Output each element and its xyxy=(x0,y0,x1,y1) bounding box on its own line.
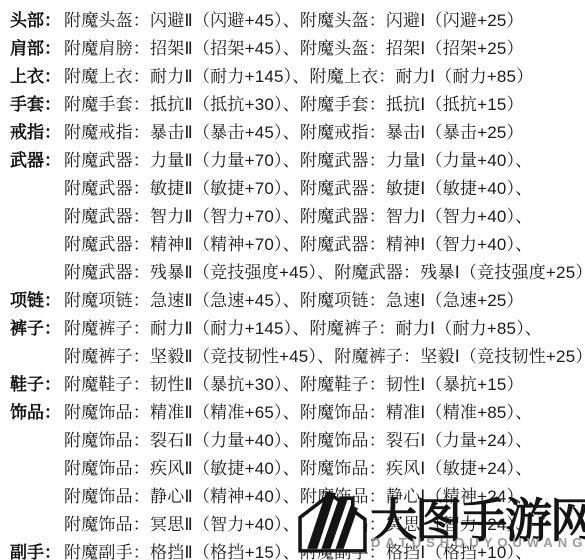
enchant-text: 附魔上衣：耐力Ⅱ（耐力+145）、附魔上衣：耐力Ⅰ（耐力+85） xyxy=(64,63,533,91)
slot-label xyxy=(10,343,64,371)
slot-label: 饰品： xyxy=(10,399,64,427)
list-row: 肩部：附魔肩膀：招架Ⅱ（招架+45）、附魔头盔：招架Ⅰ（招架+25） xyxy=(10,35,585,63)
enchant-text: 附魔武器：敏捷Ⅱ（敏捷+70）、附魔武器：敏捷Ⅰ（敏捷+40）、 xyxy=(64,175,532,203)
slot-label xyxy=(10,427,64,455)
enchant-text: 附魔武器：力量Ⅱ（力量+70）、附魔武器：力量Ⅰ（力量+40）、 xyxy=(64,147,532,175)
list-row: 附魔饰品：裂石Ⅱ（力量+40）、附魔饰品：裂石Ⅰ（力量+24）、 xyxy=(10,427,585,455)
slot-label xyxy=(10,175,64,203)
slot-label xyxy=(10,231,64,259)
enchant-text: 附魔戒指：暴击Ⅱ（暴击+45）、附魔戒指：暴击Ⅰ（暴击+25） xyxy=(64,119,524,147)
list-row: 附魔武器：智力Ⅱ（智力+70）、附魔武器：智力Ⅰ（智力+40）、 xyxy=(10,203,585,231)
enchant-text: 附魔项链：急速Ⅱ（急速+45）、附魔项链：急速Ⅰ（急速+25） xyxy=(64,287,524,315)
list-row: 项链：附魔项链：急速Ⅱ（急速+45）、附魔项链：急速Ⅰ（急速+25） xyxy=(10,287,585,315)
enchant-text: 附魔肩膀：招架Ⅱ（招架+45）、附魔头盔：招架Ⅰ（招架+25） xyxy=(64,35,524,63)
list-row: 附魔饰品：静心Ⅱ（精神+40）、附魔饰品：静心Ⅰ（精神+24）、 xyxy=(10,483,585,511)
enchant-text: 附魔武器：智力Ⅱ（智力+70）、附魔武器：智力Ⅰ（智力+40）、 xyxy=(64,203,532,231)
list-row: 鞋子：附魔鞋子：韧性Ⅱ（暴抗+30）、附魔鞋子：韧性Ⅰ（暴抗+15） xyxy=(10,371,585,399)
slot-label: 副手： xyxy=(10,539,64,560)
list-row: 戒指：附魔戒指：暴击Ⅱ（暴击+45）、附魔戒指：暴击Ⅰ（暴击+25） xyxy=(10,119,585,147)
list-row: 附魔饰品：疾风Ⅱ（敏捷+40）、附魔饰品：疾风Ⅰ（敏捷+24）、 xyxy=(10,455,585,483)
slot-label: 武器： xyxy=(10,147,64,175)
list-row: 饰品：附魔饰品：精准Ⅱ（精准+65）、附魔饰品：精准Ⅰ（精准+85）、 xyxy=(10,399,585,427)
enchant-text: 附魔饰品：冥思Ⅱ（智力+40）、附魔饰品：冥思Ⅰ（智力+24）、 xyxy=(64,511,532,539)
enchant-text: 附魔饰品：精准Ⅱ（精准+65）、附魔饰品：精准Ⅰ（精准+85）、 xyxy=(64,399,532,427)
enchant-text: 附魔武器：精神Ⅱ（精神+70）、附魔武器：精神Ⅰ（智力+40）、 xyxy=(64,231,532,259)
list-row: 裤子：附魔裤子：耐力Ⅱ（耐力+145）、附魔裤子：耐力Ⅰ（耐力+85）、 xyxy=(10,315,585,343)
slot-label xyxy=(10,455,64,483)
enchant-text: 附魔头盔：闪避Ⅱ（闪避+45）、附魔头盔：闪避Ⅰ（闪避+25） xyxy=(64,7,524,35)
list-row: 副手：附魔副手：格挡Ⅱ（格挡+15）、附魔副手：格挡Ⅰ（格挡+10）、 xyxy=(10,539,585,560)
enchant-text: 附魔饰品：静心Ⅱ（精神+40）、附魔饰品：静心Ⅰ（精神+24）、 xyxy=(64,483,532,511)
slot-label: 手套： xyxy=(10,91,64,119)
list-row: 附魔武器：残暴Ⅱ（竞技强度+45）、附魔武器：残暴Ⅰ（竞技强度+25） xyxy=(10,259,585,287)
list-row: 上衣：附魔上衣：耐力Ⅱ（耐力+145）、附魔上衣：耐力Ⅰ（耐力+85） xyxy=(10,63,585,91)
list-row: 附魔武器：精神Ⅱ（精神+70）、附魔武器：精神Ⅰ（智力+40）、 xyxy=(10,231,585,259)
slot-label xyxy=(10,483,64,511)
enchant-text: 附魔手套：抵抗Ⅱ（抵抗+30）、附魔手套：抵抗Ⅰ（抵抗+15） xyxy=(64,91,524,119)
enchant-text: 附魔裤子：耐力Ⅱ（耐力+145）、附魔裤子：耐力Ⅰ（耐力+85）、 xyxy=(64,315,542,343)
slot-label xyxy=(10,259,64,287)
slot-label: 头部： xyxy=(10,7,64,35)
slot-label xyxy=(10,203,64,231)
list-row: 手套：附魔手套：抵抗Ⅱ（抵抗+30）、附魔手套：抵抗Ⅰ（抵抗+15） xyxy=(10,91,585,119)
slot-label: 裤子： xyxy=(10,315,64,343)
list-row: 头部：附魔头盔：闪避Ⅱ（闪避+45）、附魔头盔：闪避Ⅰ（闪避+25） xyxy=(10,7,585,35)
enchant-list: 头部：附魔头盔：闪避Ⅱ（闪避+45）、附魔头盔：闪避Ⅰ（闪避+25）肩部：附魔肩… xyxy=(0,0,585,560)
enchant-text: 附魔裤子：坚毅Ⅱ（竞技韧性+45）、附魔裤子：坚毅Ⅰ（竞技韧性+25） xyxy=(64,343,585,371)
slot-label: 戒指： xyxy=(10,119,64,147)
document-page: 头部：附魔头盔：闪避Ⅱ（闪避+45）、附魔头盔：闪避Ⅰ（闪避+25）肩部：附魔肩… xyxy=(0,0,585,560)
enchant-text: 附魔鞋子：韧性Ⅱ（暴抗+30）、附魔鞋子：韧性Ⅰ（暴抗+15） xyxy=(64,371,524,399)
list-row: 附魔武器：敏捷Ⅱ（敏捷+70）、附魔武器：敏捷Ⅰ（敏捷+40）、 xyxy=(10,175,585,203)
slot-label xyxy=(10,511,64,539)
list-row: 附魔饰品：冥思Ⅱ（智力+40）、附魔饰品：冥思Ⅰ（智力+24）、 xyxy=(10,511,585,539)
list-row: 附魔裤子：坚毅Ⅱ（竞技韧性+45）、附魔裤子：坚毅Ⅰ（竞技韧性+25） xyxy=(10,343,585,371)
enchant-text: 附魔饰品：疾风Ⅱ（敏捷+40）、附魔饰品：疾风Ⅰ（敏捷+24）、 xyxy=(64,455,532,483)
enchant-text: 附魔副手：格挡Ⅱ（格挡+15）、附魔副手：格挡Ⅰ（格挡+10）、 xyxy=(64,539,532,560)
list-row: 武器：附魔武器：力量Ⅱ（力量+70）、附魔武器：力量Ⅰ（力量+40）、 xyxy=(10,147,585,175)
slot-label: 肩部： xyxy=(10,35,64,63)
enchant-text: 附魔武器：残暴Ⅱ（竞技强度+45）、附魔武器：残暴Ⅰ（竞技强度+25） xyxy=(64,259,585,287)
slot-label: 上衣： xyxy=(10,63,64,91)
enchant-text: 附魔饰品：裂石Ⅱ（力量+40）、附魔饰品：裂石Ⅰ（力量+24）、 xyxy=(64,427,532,455)
slot-label: 鞋子： xyxy=(10,371,64,399)
slot-label: 项链： xyxy=(10,287,64,315)
